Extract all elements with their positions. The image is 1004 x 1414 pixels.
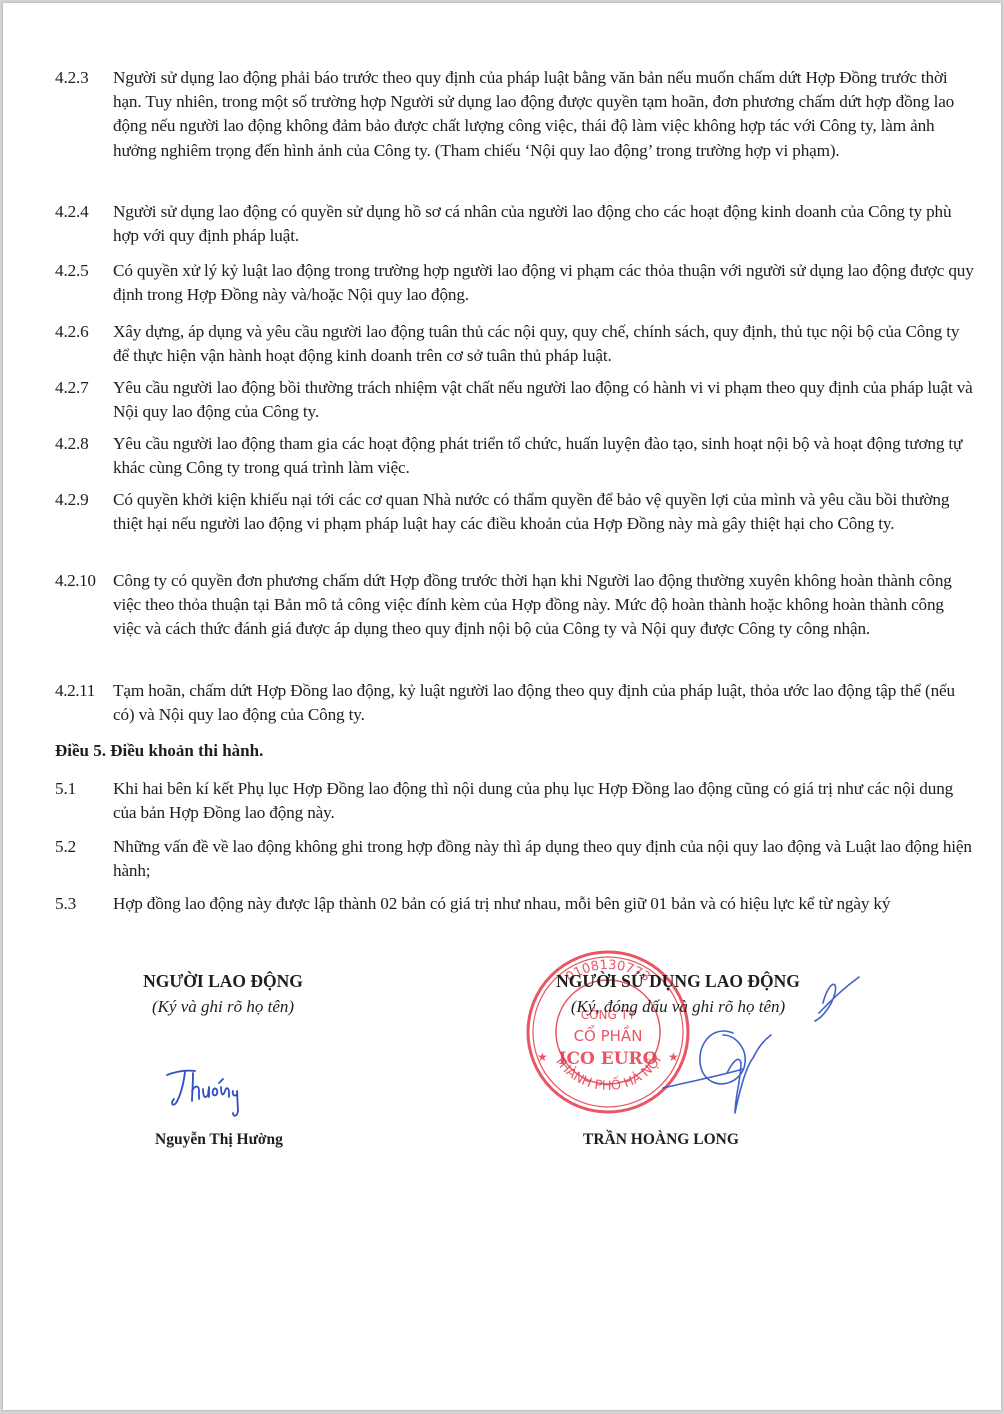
clause-number: 5.2	[55, 835, 76, 859]
document-page: 4.2.3 Người sử dụng lao động phải báo tr…	[3, 3, 1001, 1410]
clause-text: Hợp đồng lao động này được lập thành 02 …	[113, 892, 975, 916]
article-5-heading: Điều 5. Điều khoản thi hành.	[55, 739, 263, 763]
clause-4-2-7: 4.2.7 Yêu cầu người lao động bồi thường …	[55, 376, 975, 424]
clause-4-2-5: 4.2.5 Có quyền xử lý kỷ luật lao động tr…	[55, 259, 975, 307]
clause-number: 5.1	[55, 777, 76, 801]
clause-number: 4.2.9	[55, 488, 89, 512]
clause-text: Xây dựng, áp dụng và yêu cầu người lao đ…	[113, 320, 975, 368]
clause-text: Người sử dụng lao động phải báo trước th…	[113, 66, 975, 163]
clause-number: 5.3	[55, 892, 76, 916]
clause-text: Yêu cầu người lao động tham gia các hoạt…	[113, 432, 975, 480]
clause-4-2-8: 4.2.8 Yêu cầu người lao động tham gia cá…	[55, 432, 975, 480]
clause-number: 4.2.5	[55, 259, 89, 283]
clause-number: 4.2.11	[55, 679, 95, 703]
clause-number: 4.2.6	[55, 320, 89, 344]
svg-text:★: ★	[537, 1050, 548, 1064]
clause-text: Khi hai bên kí kết Phụ lục Hợp Đồng lao …	[113, 777, 975, 825]
clause-4-2-9: 4.2.9 Có quyền khởi kiện khiếu nại tới c…	[55, 488, 975, 536]
clause-5-1: 5.1 Khi hai bên kí kết Phụ lục Hợp Đồng …	[55, 777, 975, 825]
clause-4-2-3: 4.2.3 Người sử dụng lao động phải báo tr…	[55, 66, 975, 163]
clause-text: Có quyền khởi kiện khiếu nại tới các cơ …	[113, 488, 975, 536]
employer-signature-icon	[623, 963, 863, 1123]
employee-signature-block: NGƯỜI LAO ĐỘNG (Ký và ghi rõ họ tên)	[113, 968, 333, 1020]
clause-4-2-11: 4.2.11 Tạm hoãn, chấm dứt Hợp Đồng lao đ…	[55, 679, 975, 727]
employer-name: TRẦN HOÀNG LONG	[583, 1131, 739, 1149]
employee-title: NGƯỜI LAO ĐỘNG	[113, 968, 333, 994]
clause-number: 4.2.7	[55, 376, 89, 400]
clause-5-2: 5.2 Những vấn đề về lao động không ghi t…	[55, 835, 975, 883]
clause-5-3: 5.3 Hợp đồng lao động này được lập thành…	[55, 892, 975, 916]
clause-text: Những vấn đề về lao động không ghi trong…	[113, 835, 975, 883]
clause-4-2-10: 4.2.10 Công ty có quyền đơn phương chấm …	[55, 569, 975, 642]
clause-text: Yêu cầu người lao động bồi thường trách …	[113, 376, 975, 424]
clause-number: 4.2.3	[55, 66, 89, 90]
clause-4-2-6: 4.2.6 Xây dựng, áp dụng và yêu cầu người…	[55, 320, 975, 368]
employee-name: Nguyễn Thị Hường	[155, 1131, 283, 1149]
clause-text: Tạm hoãn, chấm dứt Hợp Đồng lao động, kỷ…	[113, 679, 975, 727]
employee-signature-icon	[163, 1061, 258, 1121]
clause-number: 4.2.4	[55, 200, 89, 224]
clause-text: Có quyền xử lý kỷ luật lao động trong tr…	[113, 259, 975, 307]
clause-4-2-4: 4.2.4 Người sử dụng lao động có quyền sử…	[55, 200, 975, 248]
clause-number: 4.2.8	[55, 432, 89, 456]
clause-number: 4.2.10	[55, 569, 96, 593]
clause-text: Người sử dụng lao động có quyền sử dụng …	[113, 200, 975, 248]
clause-text: Công ty có quyền đơn phương chấm dứt Hợp…	[113, 569, 975, 642]
employee-instruction: (Ký và ghi rõ họ tên)	[113, 994, 333, 1020]
